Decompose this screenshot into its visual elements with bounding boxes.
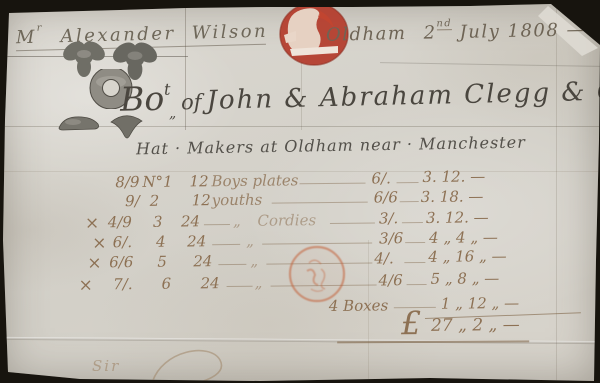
row-price-left: 9/	[106, 192, 140, 210]
total-amount: 27 „ 2 „ —	[431, 315, 520, 336]
row-amount: 3. 12. —	[422, 167, 485, 186]
row-number: 2	[150, 192, 160, 210]
row-quantity: 12	[189, 172, 208, 190]
row-amount: 4 „ 4 „ —	[429, 228, 498, 247]
ruled-leader-line	[397, 182, 419, 183]
row-amount: 5 „ 8 „ —	[430, 269, 499, 288]
row-price-left: 4/9	[98, 213, 132, 231]
row-amount: 3. 18. —	[421, 187, 484, 206]
row-amount: 3. 12. —	[426, 208, 489, 227]
row-unit-price: 6/.	[371, 169, 391, 187]
ruled-leader-line	[400, 201, 419, 202]
row-cross-mark: ×	[78, 275, 92, 295]
total-currency-symbol: £	[401, 304, 422, 342]
pen-flourish	[140, 342, 250, 383]
ruled-leader-line	[212, 244, 240, 245]
ruled-leader-line	[330, 222, 375, 223]
letter-sheet: Mr Alexander Wilson Oldham 2nd July 1808…	[0, 0, 600, 383]
row-price-left: 7/.	[98, 275, 132, 293]
row-ditto-mark: „	[250, 252, 258, 270]
row-number: 6	[161, 275, 171, 293]
row-price-left: 8/9	[105, 173, 139, 191]
ruled-leader-line	[300, 183, 366, 185]
row-description: Boys plates	[211, 171, 298, 190]
row-description: youths	[212, 191, 263, 210]
ruled-leader-line	[407, 284, 427, 285]
row-quantity: 24	[181, 212, 200, 230]
account-table: 8/9 N°1 12 Boys plates 6/. 3. 12. — 9/ 2…	[0, 0, 600, 383]
row-description: „ Cordies	[233, 211, 316, 230]
photo-backdrop: Mr Alexander Wilson Oldham 2nd July 1808…	[0, 0, 600, 383]
ruled-leader-line	[402, 222, 423, 223]
row-unit-price: 4/6	[378, 271, 402, 289]
row-quantity: 24	[200, 274, 219, 292]
ruled-leader-line	[204, 224, 230, 225]
boxes-amount: 1 „ 12 „ —	[441, 294, 519, 313]
ruled-leader-line	[227, 286, 253, 287]
row-unit-price: 4/.	[374, 249, 394, 267]
salutation: Sir	[92, 357, 120, 375]
row-number: 3	[153, 213, 163, 231]
total-underline	[337, 340, 529, 343]
ruled-leader-line	[218, 264, 246, 265]
row-unit-price: 6/6	[374, 188, 398, 206]
ruled-leader-line	[272, 202, 368, 204]
row-unit-price: 3/.	[379, 209, 399, 227]
postmark-stamp-icon	[285, 243, 349, 305]
row-number: 4	[156, 233, 166, 251]
row-number: 5	[157, 253, 167, 271]
row-amount: 4 „ 16 „ —	[428, 247, 506, 266]
row-number: N°1	[142, 173, 172, 191]
row-price-left: 6/6	[99, 253, 133, 271]
ruled-leader-line	[405, 242, 425, 243]
row-ditto-mark: „	[254, 274, 262, 292]
ruled-leader-line	[404, 262, 425, 263]
row-quantity: 24	[193, 252, 212, 270]
row-price-left: 6/.	[98, 233, 132, 251]
row-ditto-mark: „	[246, 232, 254, 250]
row-quantity: 12	[192, 191, 211, 209]
row-quantity: 24	[187, 232, 206, 250]
row-unit-price: 3/6	[379, 229, 403, 247]
